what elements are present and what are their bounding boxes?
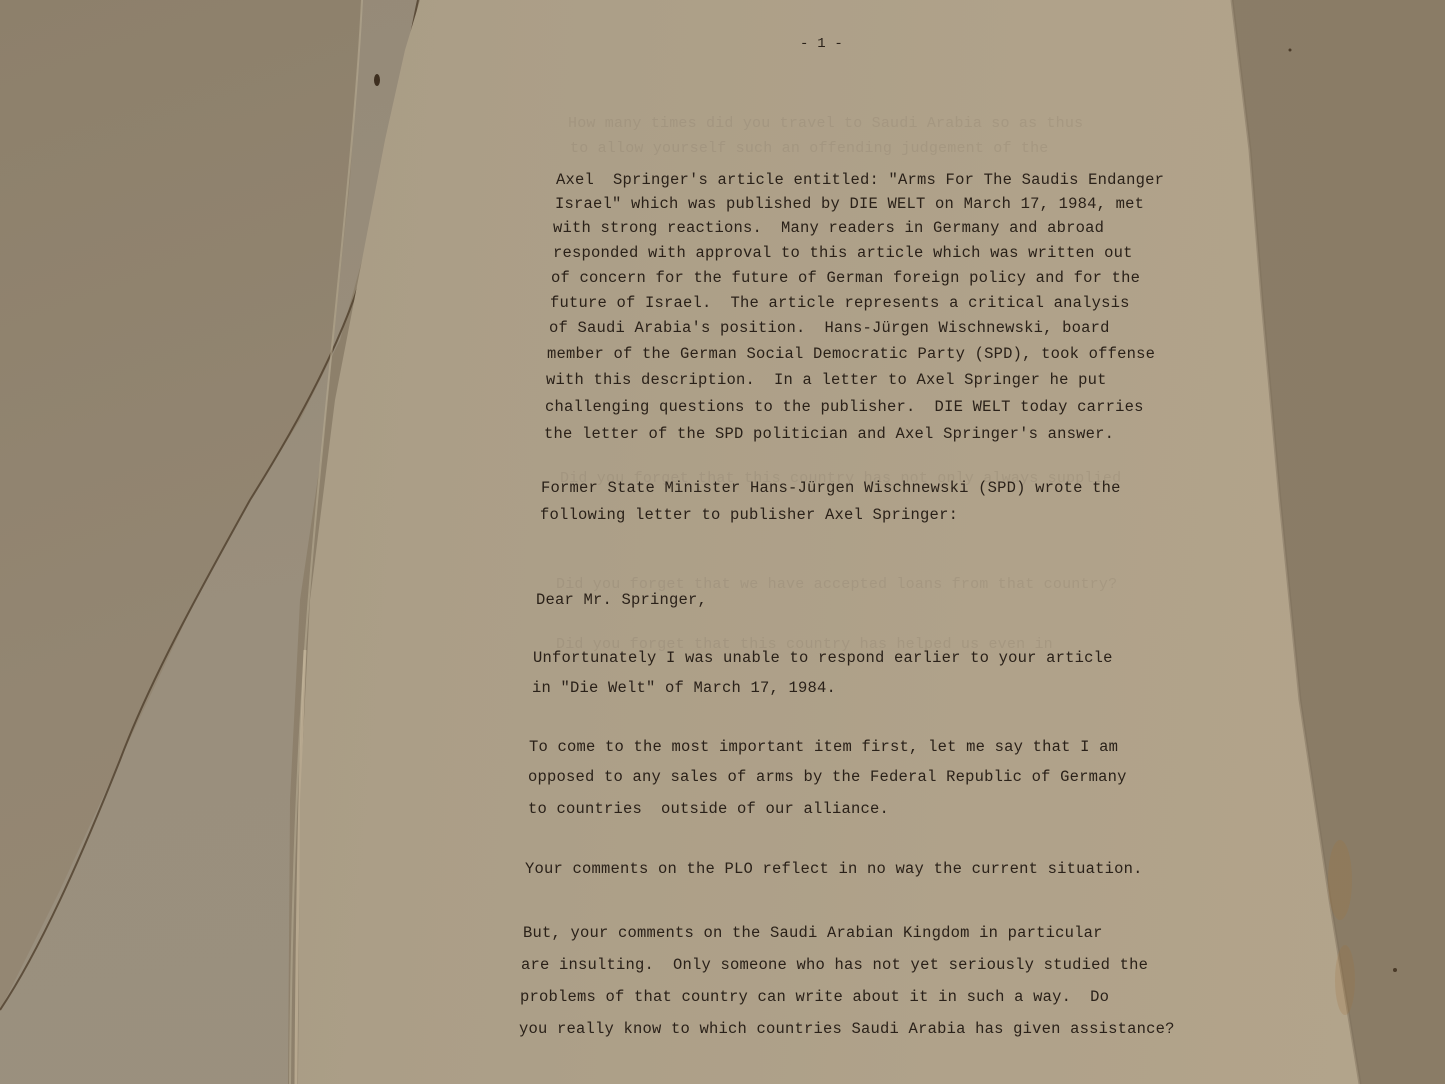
text-line: future of Israel. The article represents… [550,296,1130,312]
text-line: of Saudi Arabia's position. Hans-Jürgen … [549,321,1110,337]
text-line: responded with approval to this article … [553,246,1133,262]
text-line: to countries outside of our alliance. [528,802,889,818]
text-line: Your comments on the PLO reflect in no w… [525,862,1143,878]
page-number: - 1 - [800,36,843,52]
text-line: problems of that country can write about… [520,990,1109,1006]
text-line: challenging questions to the publisher. … [545,400,1144,416]
text-line: of concern for the future of German fore… [551,271,1140,287]
text-line: Former State Minister Hans-Jürgen Wischn… [541,481,1121,497]
text-line: the letter of the SPD politician and Axe… [544,427,1114,443]
text-line: Israel" which was published by DIE WELT … [555,197,1144,213]
text-line: with strong reactions. Many readers in G… [553,221,1104,237]
bleed-through-line: How many times did you travel to Saudi A… [568,115,1083,132]
letter-salutation: Dear Mr. Springer, [536,593,707,609]
bleed-through-line: to allow yourself such an offending judg… [570,140,1048,157]
document-text: How many times did you travel to Saudi A… [0,0,1445,1084]
text-line: opposed to any sales of arms by the Fede… [528,770,1127,786]
text-line: with this description. In a letter to Ax… [546,373,1107,389]
text-line: Axel Springer's article entitled: "Arms … [556,173,1164,189]
text-line: Unfortunately I was unable to respond ea… [533,651,1113,667]
text-line: But, your comments on the Saudi Arabian … [523,926,1103,942]
text-line: To come to the most important item first… [529,740,1118,756]
text-line: you really know to which countries Saudi… [519,1022,1175,1038]
text-line: following letter to publisher Axel Sprin… [540,508,958,524]
photo-scene: How many times did you travel to Saudi A… [0,0,1445,1084]
text-line: are insulting. Only someone who has not … [521,958,1148,974]
text-line: in "Die Welt" of March 17, 1984. [532,681,836,697]
text-line: member of the German Social Democratic P… [547,347,1155,363]
